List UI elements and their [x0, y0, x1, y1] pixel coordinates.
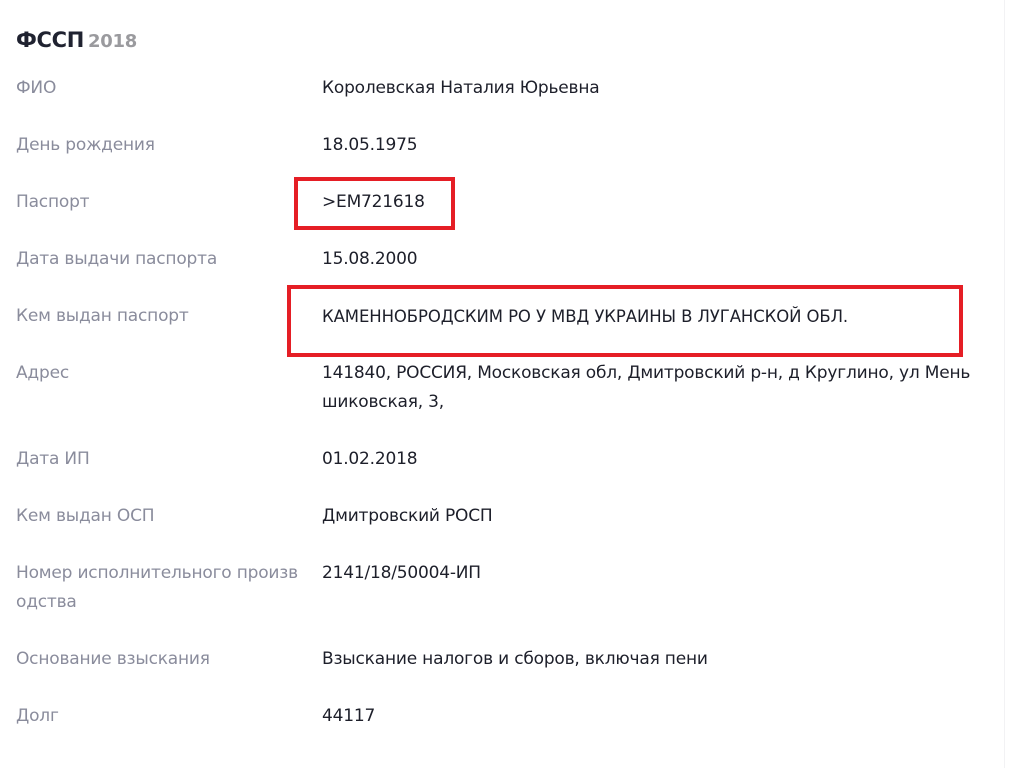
field-label: ФИО — [16, 74, 306, 103]
field-label: Паспорт — [16, 188, 306, 217]
passport-issuer-highlight-box — [287, 285, 963, 357]
field-label: День рождения — [16, 131, 306, 160]
field-label: Долг — [16, 702, 306, 731]
field-label: Номер исполнительного производства — [16, 559, 301, 617]
section-year: 2018 — [88, 31, 137, 52]
field-label: Адрес — [16, 359, 306, 388]
passport-highlight-box — [294, 177, 455, 230]
field-value: 2141/18/50004-ИП — [322, 559, 972, 588]
field-label: Дата выдачи паспорта — [16, 245, 306, 274]
field-value: Королевская Наталия Юрьевна — [322, 74, 972, 103]
field-label: Кем выдан паспорт — [16, 302, 306, 331]
field-value: Дмитровский РОСП — [322, 502, 972, 531]
section-title: ФССП2018 — [16, 28, 137, 52]
field-label: Основание взыскания — [16, 645, 306, 674]
field-label: Дата ИП — [16, 445, 306, 474]
field-value: 141840, РОССИЯ, Московская обл, Дмитровс… — [322, 359, 977, 417]
section-title-text: ФССП — [16, 28, 84, 52]
field-label: Кем выдан ОСП — [16, 502, 306, 531]
field-value: 01.02.2018 — [322, 445, 972, 474]
field-value: 18.05.1975 — [322, 131, 972, 160]
field-value: 15.08.2000 — [322, 245, 972, 274]
field-value: 44117 — [322, 702, 972, 731]
field-value: Взыскание налогов и сборов, включая пени — [322, 645, 972, 674]
fssp-record-panel: ФССП2018 ФИО Королевская Наталия Юрьевна… — [0, 0, 1005, 768]
